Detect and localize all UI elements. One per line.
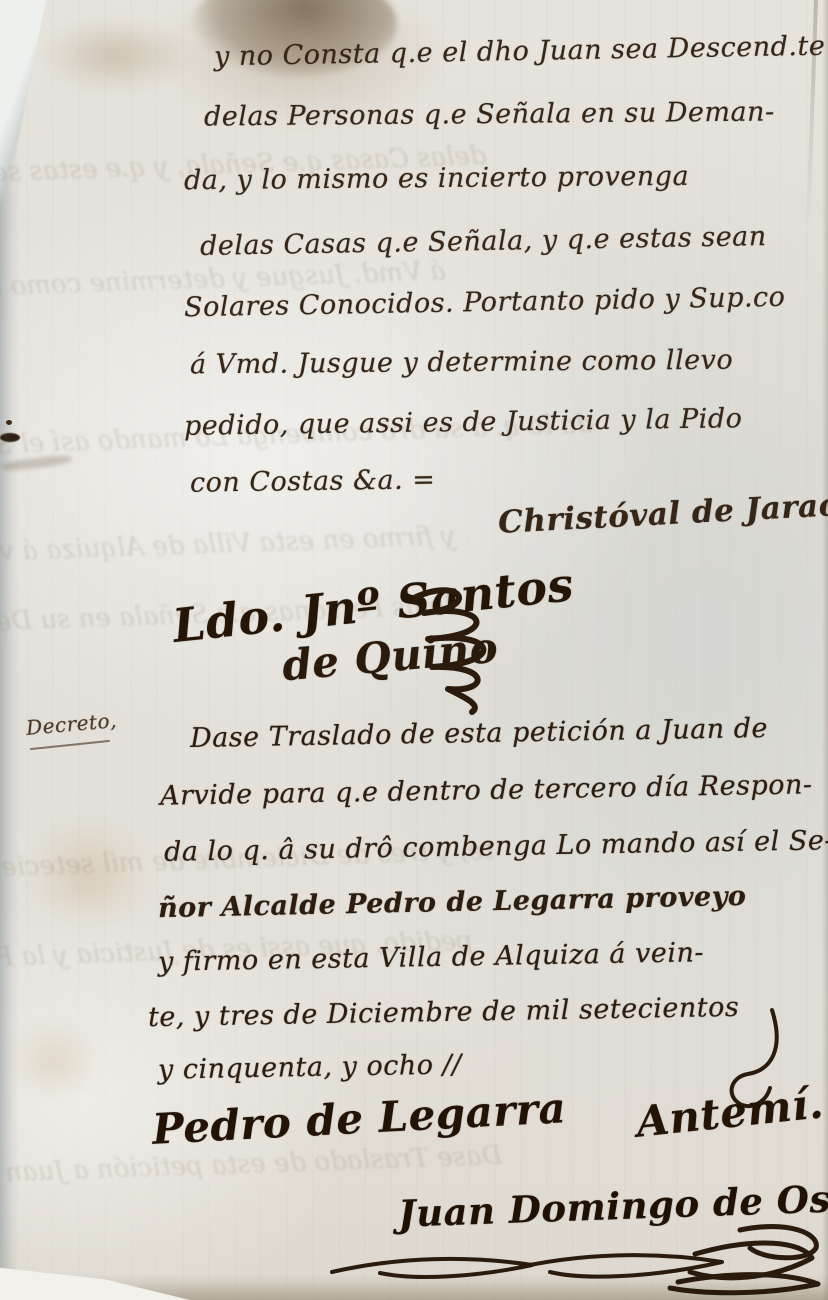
decree-margin-label: Decreto, (25, 708, 118, 740)
ante-mi-signature: Antemí. (634, 1078, 826, 1146)
decree-line: y cinquenta, y ocho // (158, 1049, 462, 1085)
petition-line: da, y lo mismo es incierto provenga (184, 161, 689, 196)
stain-top-left (40, 18, 190, 93)
petition-line: pedido, que assi es de Justicia y la Pid… (184, 403, 743, 442)
petition-line: delas Casas q.e Señala, y q.e estas sean (200, 221, 767, 262)
alcalde-signature: Pedro de Legarra (151, 1083, 567, 1154)
petitioner-signature: Christóval de Jarao (497, 487, 828, 541)
torn-corner-bottom-left (0, 1254, 190, 1300)
attorney-rubric-flourish (398, 585, 508, 715)
bleedthrough-text: y firmo en esta Villa de Alquiza á vein- (0, 521, 456, 569)
decree-line: ñor Alcalde Pedro de Legarra proveyo (158, 881, 747, 924)
margin-label-underline (30, 740, 110, 750)
petition-line: á Vmd. Jusgue y determine como llevo (190, 345, 733, 381)
manuscript-page: delas Casas q.e Señala, y q.e estas sean… (0, 0, 828, 1300)
escribano-rubric-scribble (320, 1228, 825, 1298)
decree-line: da lo q. â su drô combenga Lo mando así … (164, 825, 828, 868)
decree-line: Dase Traslado de esta petición a Juan de (190, 713, 769, 754)
decree-line: Arvide para q.e dentro de tercero día Re… (160, 769, 813, 811)
stain-left-lower (8, 1020, 98, 1100)
torn-edge-left (0, 0, 20, 1300)
petition-line: con Costas &a. = (190, 464, 436, 498)
decree-line: te, y tres de Diciembre de mil setecient… (148, 992, 740, 1033)
ink-speck-left-edge (6, 420, 12, 425)
petition-line: delas Personas q.e Señala en su Deman- (204, 97, 775, 133)
petition-line: y no Consta q.e el dho Juan sea Descend.… (214, 31, 826, 73)
